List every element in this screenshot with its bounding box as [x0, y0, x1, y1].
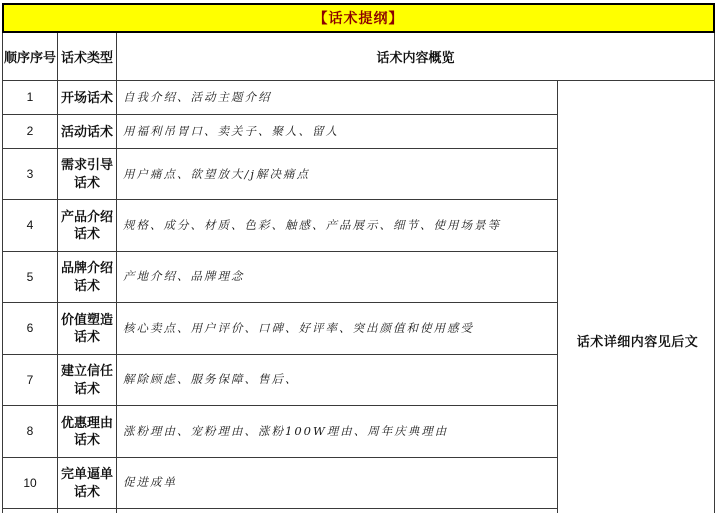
- side-note-column-segment[interactable]: [558, 355, 715, 406]
- script-content-cell[interactable]: 解除顾虑、服务保障、售后、: [117, 355, 558, 406]
- table-row: 2 活动话术 用福利吊胃口、卖关子、聚人、留人: [3, 115, 715, 149]
- script-type-cell[interactable]: 价值塑造话术: [58, 303, 117, 354]
- script-content-cell[interactable]: 产地介绍、品牌理念: [117, 252, 558, 303]
- table-row: 1 开场话术 自我介绍、活动主题介绍: [3, 81, 715, 115]
- side-note-column-segment[interactable]: [558, 200, 715, 251]
- side-note-column-segment[interactable]: [558, 149, 715, 200]
- table-row: 3 需求引导话术 用户痛点、欲望放大/j解决痛点: [3, 149, 715, 200]
- row-number-cell: [3, 509, 58, 513]
- side-note-column-segment[interactable]: [558, 81, 715, 115]
- title-banner-cell[interactable]: 【话术提纲】: [2, 3, 715, 33]
- table-row: 7 建立信任话术 解除顾虑、服务保障、售后、: [3, 355, 715, 406]
- side-note-merged-cell[interactable]: 话术详细内容见后文: [561, 331, 714, 350]
- row-number-cell[interactable]: 6: [3, 303, 58, 354]
- script-type-cell[interactable]: 建立信任话术: [58, 355, 117, 406]
- row-number-cell[interactable]: 10: [3, 458, 58, 509]
- script-type-cell[interactable]: 品牌介绍话术: [58, 252, 117, 303]
- row-number-cell[interactable]: 3: [3, 149, 58, 200]
- script-outline-table: 顺序序号 话术类型 话术内容概览 1 开场话术 自我介绍、活动主题介绍 2 活动…: [2, 33, 715, 513]
- script-content-cell[interactable]: 用福利吊胃口、卖关子、聚人、留人: [117, 115, 558, 149]
- spreadsheet-sheet: 【话术提纲】 顺序序号 话术类型 话术内容概览 1 开场话术 自我介绍、活动主题…: [0, 0, 720, 513]
- script-content-cell[interactable]: 规格、成分、材质、色彩、触感、产品展示、细节、使用场景等: [117, 200, 558, 251]
- header-content-overview[interactable]: 话术内容概览: [117, 33, 715, 80]
- script-content-cell[interactable]: 涨粉理由、宠粉理由、涨粉100W理由、周年庆典理由: [117, 406, 558, 457]
- script-type-cell[interactable]: 优惠理由话术: [58, 406, 117, 457]
- script-type-cell[interactable]: 开场话术: [58, 81, 117, 115]
- side-note-column-segment[interactable]: [558, 115, 715, 149]
- side-note-column-segment[interactable]: [558, 458, 715, 509]
- script-content-cell[interactable]: 促进成单: [117, 458, 558, 509]
- script-content-cell[interactable]: 自我介绍、活动主题介绍: [117, 81, 558, 115]
- script-content-cell: [117, 509, 558, 513]
- side-note-column-segment[interactable]: [558, 406, 715, 457]
- script-type-cell[interactable]: 需求引导话术: [58, 149, 117, 200]
- side-note-column-segment: [558, 509, 715, 513]
- partial-cutoff-row: [3, 509, 715, 513]
- row-number-cell[interactable]: 5: [3, 252, 58, 303]
- table-row: 8 优惠理由话术 涨粉理由、宠粉理由、涨粉100W理由、周年庆典理由: [3, 406, 715, 457]
- side-note-column-segment[interactable]: [558, 252, 715, 303]
- script-type-cell[interactable]: 活动话术: [58, 115, 117, 149]
- script-content-cell[interactable]: 用户痛点、欲望放大/j解决痛点: [117, 149, 558, 200]
- script-type-cell[interactable]: 完单逼单话术: [58, 458, 117, 509]
- script-content-cell[interactable]: 核心卖点、用户评价、口碑、好评率、突出颜值和使用感受: [117, 303, 558, 354]
- header-script-type[interactable]: 话术类型: [58, 33, 117, 80]
- table-row: 10 完单逼单话术 促进成单: [3, 458, 715, 509]
- row-number-cell[interactable]: 2: [3, 115, 58, 149]
- row-number-cell[interactable]: 4: [3, 200, 58, 251]
- row-number-cell[interactable]: 8: [3, 406, 58, 457]
- table-row: 5 品牌介绍话术 产地介绍、品牌理念: [3, 252, 715, 303]
- page-title: 【话术提纲】: [314, 8, 404, 28]
- table-header-row: 顺序序号 话术类型 话术内容概览: [3, 33, 715, 81]
- script-type-cell: [58, 509, 117, 513]
- header-sequence-number[interactable]: 顺序序号: [3, 33, 58, 80]
- table-row: 4 产品介绍话术 规格、成分、材质、色彩、触感、产品展示、细节、使用场景等: [3, 200, 715, 251]
- row-number-cell[interactable]: 1: [3, 81, 58, 115]
- row-number-cell[interactable]: 7: [3, 355, 58, 406]
- script-type-cell[interactable]: 产品介绍话术: [58, 200, 117, 251]
